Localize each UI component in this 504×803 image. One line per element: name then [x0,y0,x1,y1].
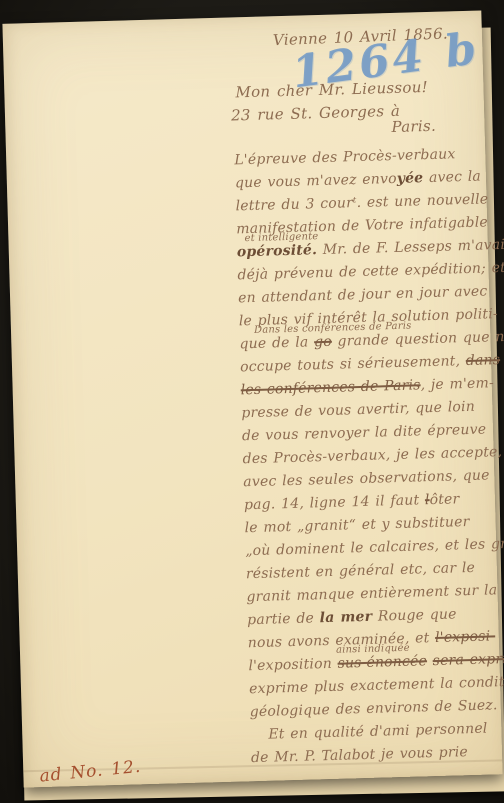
address-city: Paris. [391,117,436,136]
handwriting-text: Rouge que [372,606,457,624]
handwriting-text: yée [397,170,424,187]
handwriting-text: L'épreuve des Procès-verbaux [234,146,456,168]
handwriting-text: Mr. de F. Lesseps m'avait [317,237,504,258]
handwriting-text: partie de [247,610,320,628]
handwriting-text: opérosité. [237,242,318,260]
struck-text: sus-énoncée [337,653,427,671]
address-line: 23 rue St. Georges à [231,102,401,125]
handwriting-text: avec la [423,169,481,187]
handwriting-text: résistent en général etc, car le [246,560,476,582]
handwriting-text: Et en qualité d'ami personnel [268,721,488,743]
handwriting-text: de vous renvoyer la dite épreuve [242,421,487,444]
handwriting-text: des Procès-verbaux, je les accepte, [242,444,502,467]
struck-text: les conférences de Paris [241,377,421,398]
handwriting-text: en attendant de jour en jour avec [238,283,488,306]
struck-text: sera exprimée [432,650,504,669]
handwriting-text: le plus vif intérêt la solution politi- [239,306,499,329]
handwriting-text: lettre du 3 courᵗ. est une nouvelle [235,191,488,214]
handwriting-text: , je m'em- [420,375,494,393]
struck-text: l'exposi- [435,628,496,646]
struck-text: dans [466,352,501,369]
footer-annotation: ad No. 12. [39,757,143,787]
struck-text: go [314,334,332,350]
handwriting-text: exprime plus exactement la condition [249,673,504,697]
handwriting-text: ôter [429,491,459,508]
handwriting-text: géologique des environs de Suez. [250,697,498,720]
letter-sheet: Vienne 10 Avril 1856. 1264 b Mon cher Mr… [2,10,502,787]
handwriting-text: que de la [239,334,314,352]
handwriting-text: pag. 14, ligne 14 il faut [244,492,425,513]
handwriting-text: déjà prévenu de cette expédition; et [237,260,504,283]
salutation: Mon cher Mr. Lieussou! [235,78,428,101]
handwriting-text: que vous m'avez envo [235,171,397,192]
handwriting-text: „où dominent le calcaires, et les grès, [245,535,504,559]
handwriting-text: granit manque entièrement sur la [246,582,497,605]
handwriting-text: l'exposition [248,656,338,674]
handwriting-text: occupe touts si sérieusement, [240,353,466,375]
handwriting-text: nous avons examinée, et [248,630,436,651]
letter-body: L'épreuve des Procès-verbauxque vous m'a… [234,142,501,770]
handwriting-text: presse de vous avertir, que loin [241,399,475,422]
photo-background: Vienne 10 Avril 1856. 1264 b Mon cher Mr… [0,0,504,803]
handwriting-text: le mot „granit“ et y substituer [244,514,469,536]
handwriting-text: la mer [319,609,372,626]
handwriting-text: avec les seules observations, que [243,467,490,490]
handwriting-text: manifestation de Votre infatigable [236,214,488,237]
handwriting-text: grande question que nous [332,328,504,350]
